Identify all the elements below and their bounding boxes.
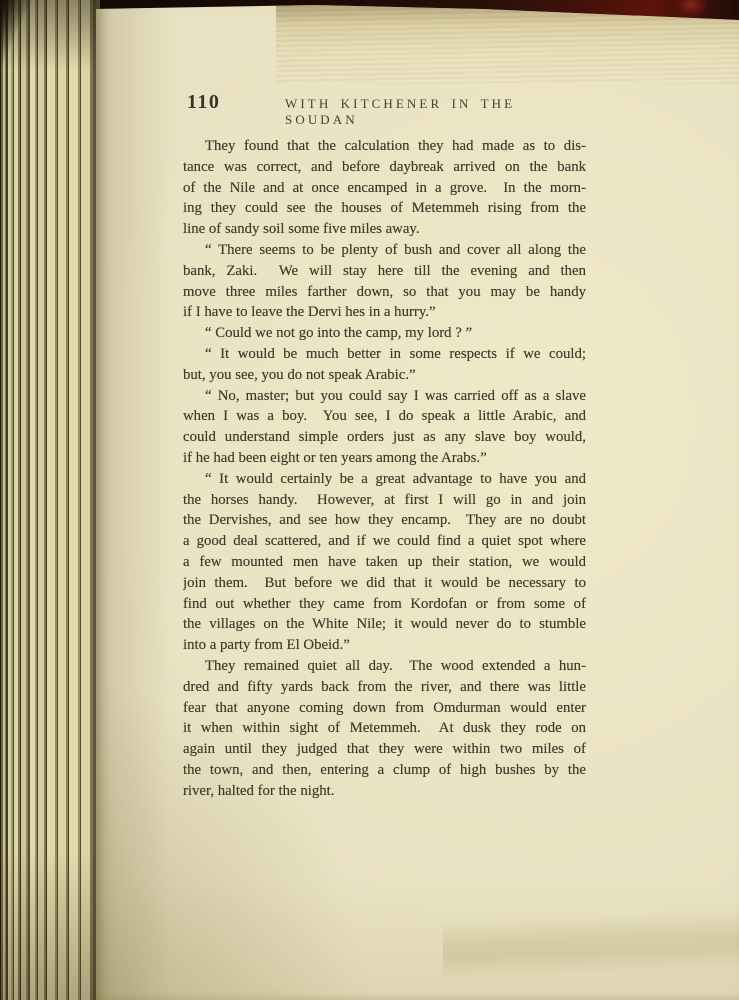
text-line: could understand simple orders just as a…	[183, 427, 586, 448]
text-line: “ Could we not go into the camp, my lord…	[183, 323, 586, 344]
text-line: They found that the calculation they had…	[183, 136, 586, 157]
text-line: tance was correct, and before daybreak a…	[183, 157, 586, 178]
text-line: fear that anyone coming down from Omdurm…	[183, 698, 586, 719]
text-line: it when within sight of Metemmeh. At dus…	[183, 718, 586, 739]
text-line: dred and fifty yards back from the river…	[183, 677, 586, 698]
paragraph: “ It would certainly be a great advantag…	[183, 469, 586, 656]
text-line: bank, Zaki. We will stay here till the e…	[183, 261, 586, 282]
text-line: the villages on the White Nile; it would…	[183, 614, 586, 635]
cover-red-patch	[676, 0, 706, 17]
text-block: They found that the calculation they had…	[183, 136, 586, 802]
text-line: a few mounted men have taken up their st…	[183, 552, 586, 573]
paragraph: “ No, master; but you could say I was ca…	[183, 386, 586, 469]
text-line: line of sandy soil some five miles away.	[183, 219, 586, 240]
page-edges-left	[0, 0, 100, 1000]
paragraph: “ It would be much better in some respec…	[183, 344, 586, 386]
paragraph: “ Could we not go into the camp, my lord…	[183, 323, 586, 344]
paragraph: They remained quiet all day. The wood ex…	[183, 656, 586, 802]
running-title: WITH KITCHENER IN THE SOUDAN	[285, 96, 586, 128]
text-line: the town, and then, entering a clump of …	[183, 760, 586, 781]
fore-edge-shading	[276, 0, 739, 84]
paragraph: They found that the calculation they had…	[183, 136, 586, 240]
page-header: 110 WITH KITCHENER IN THE SOUDAN	[183, 91, 586, 117]
text-line: a good deal scattered, and if we could f…	[183, 531, 586, 552]
page-number: 110	[187, 91, 220, 114]
text-line: They remained quiet all day. The wood ex…	[183, 656, 586, 677]
text-line: “ It would be much better in some respec…	[183, 344, 586, 365]
text-line: if he had been eight or ten years among …	[183, 448, 586, 469]
text-line: river, halted for the night.	[183, 781, 586, 802]
text-line: but, you see, you do not speak Arabic.”	[183, 365, 586, 386]
text-line: the Dervishes, and see how they encamp. …	[183, 510, 586, 531]
text-line: when I was a boy. You see, I do speak a …	[183, 406, 586, 427]
text-line: move three miles farther down, so that y…	[183, 282, 586, 303]
text-line: again until they judged that they were w…	[183, 739, 586, 760]
paragraph: “ There seems to be plenty of bush and c…	[183, 240, 586, 323]
text-line: of the Nile and at once encamped in a gr…	[183, 178, 586, 199]
text-line: if I have to leave the Dervi hes in a hu…	[183, 302, 586, 323]
text-line: join them. But before we did that it wou…	[183, 573, 586, 594]
text-line: the horses handy. However, at first I wi…	[183, 490, 586, 511]
text-line: “ No, master; but you could say I was ca…	[183, 386, 586, 407]
book-page: 110 WITH KITCHENER IN THE SOUDAN They fo…	[96, 0, 739, 1000]
text-line: “ It would certainly be a great advantag…	[183, 469, 586, 490]
text-line: “ There seems to be plenty of bush and c…	[183, 240, 586, 261]
text-line: ing they could see the houses of Metemme…	[183, 198, 586, 219]
text-line: find out whether they came from Kordofan…	[183, 594, 586, 615]
text-line: into a party from El Obeid.”	[183, 635, 586, 656]
book-photo: 110 WITH KITCHENER IN THE SOUDAN They fo…	[0, 0, 739, 1000]
bottom-stain	[443, 911, 739, 979]
